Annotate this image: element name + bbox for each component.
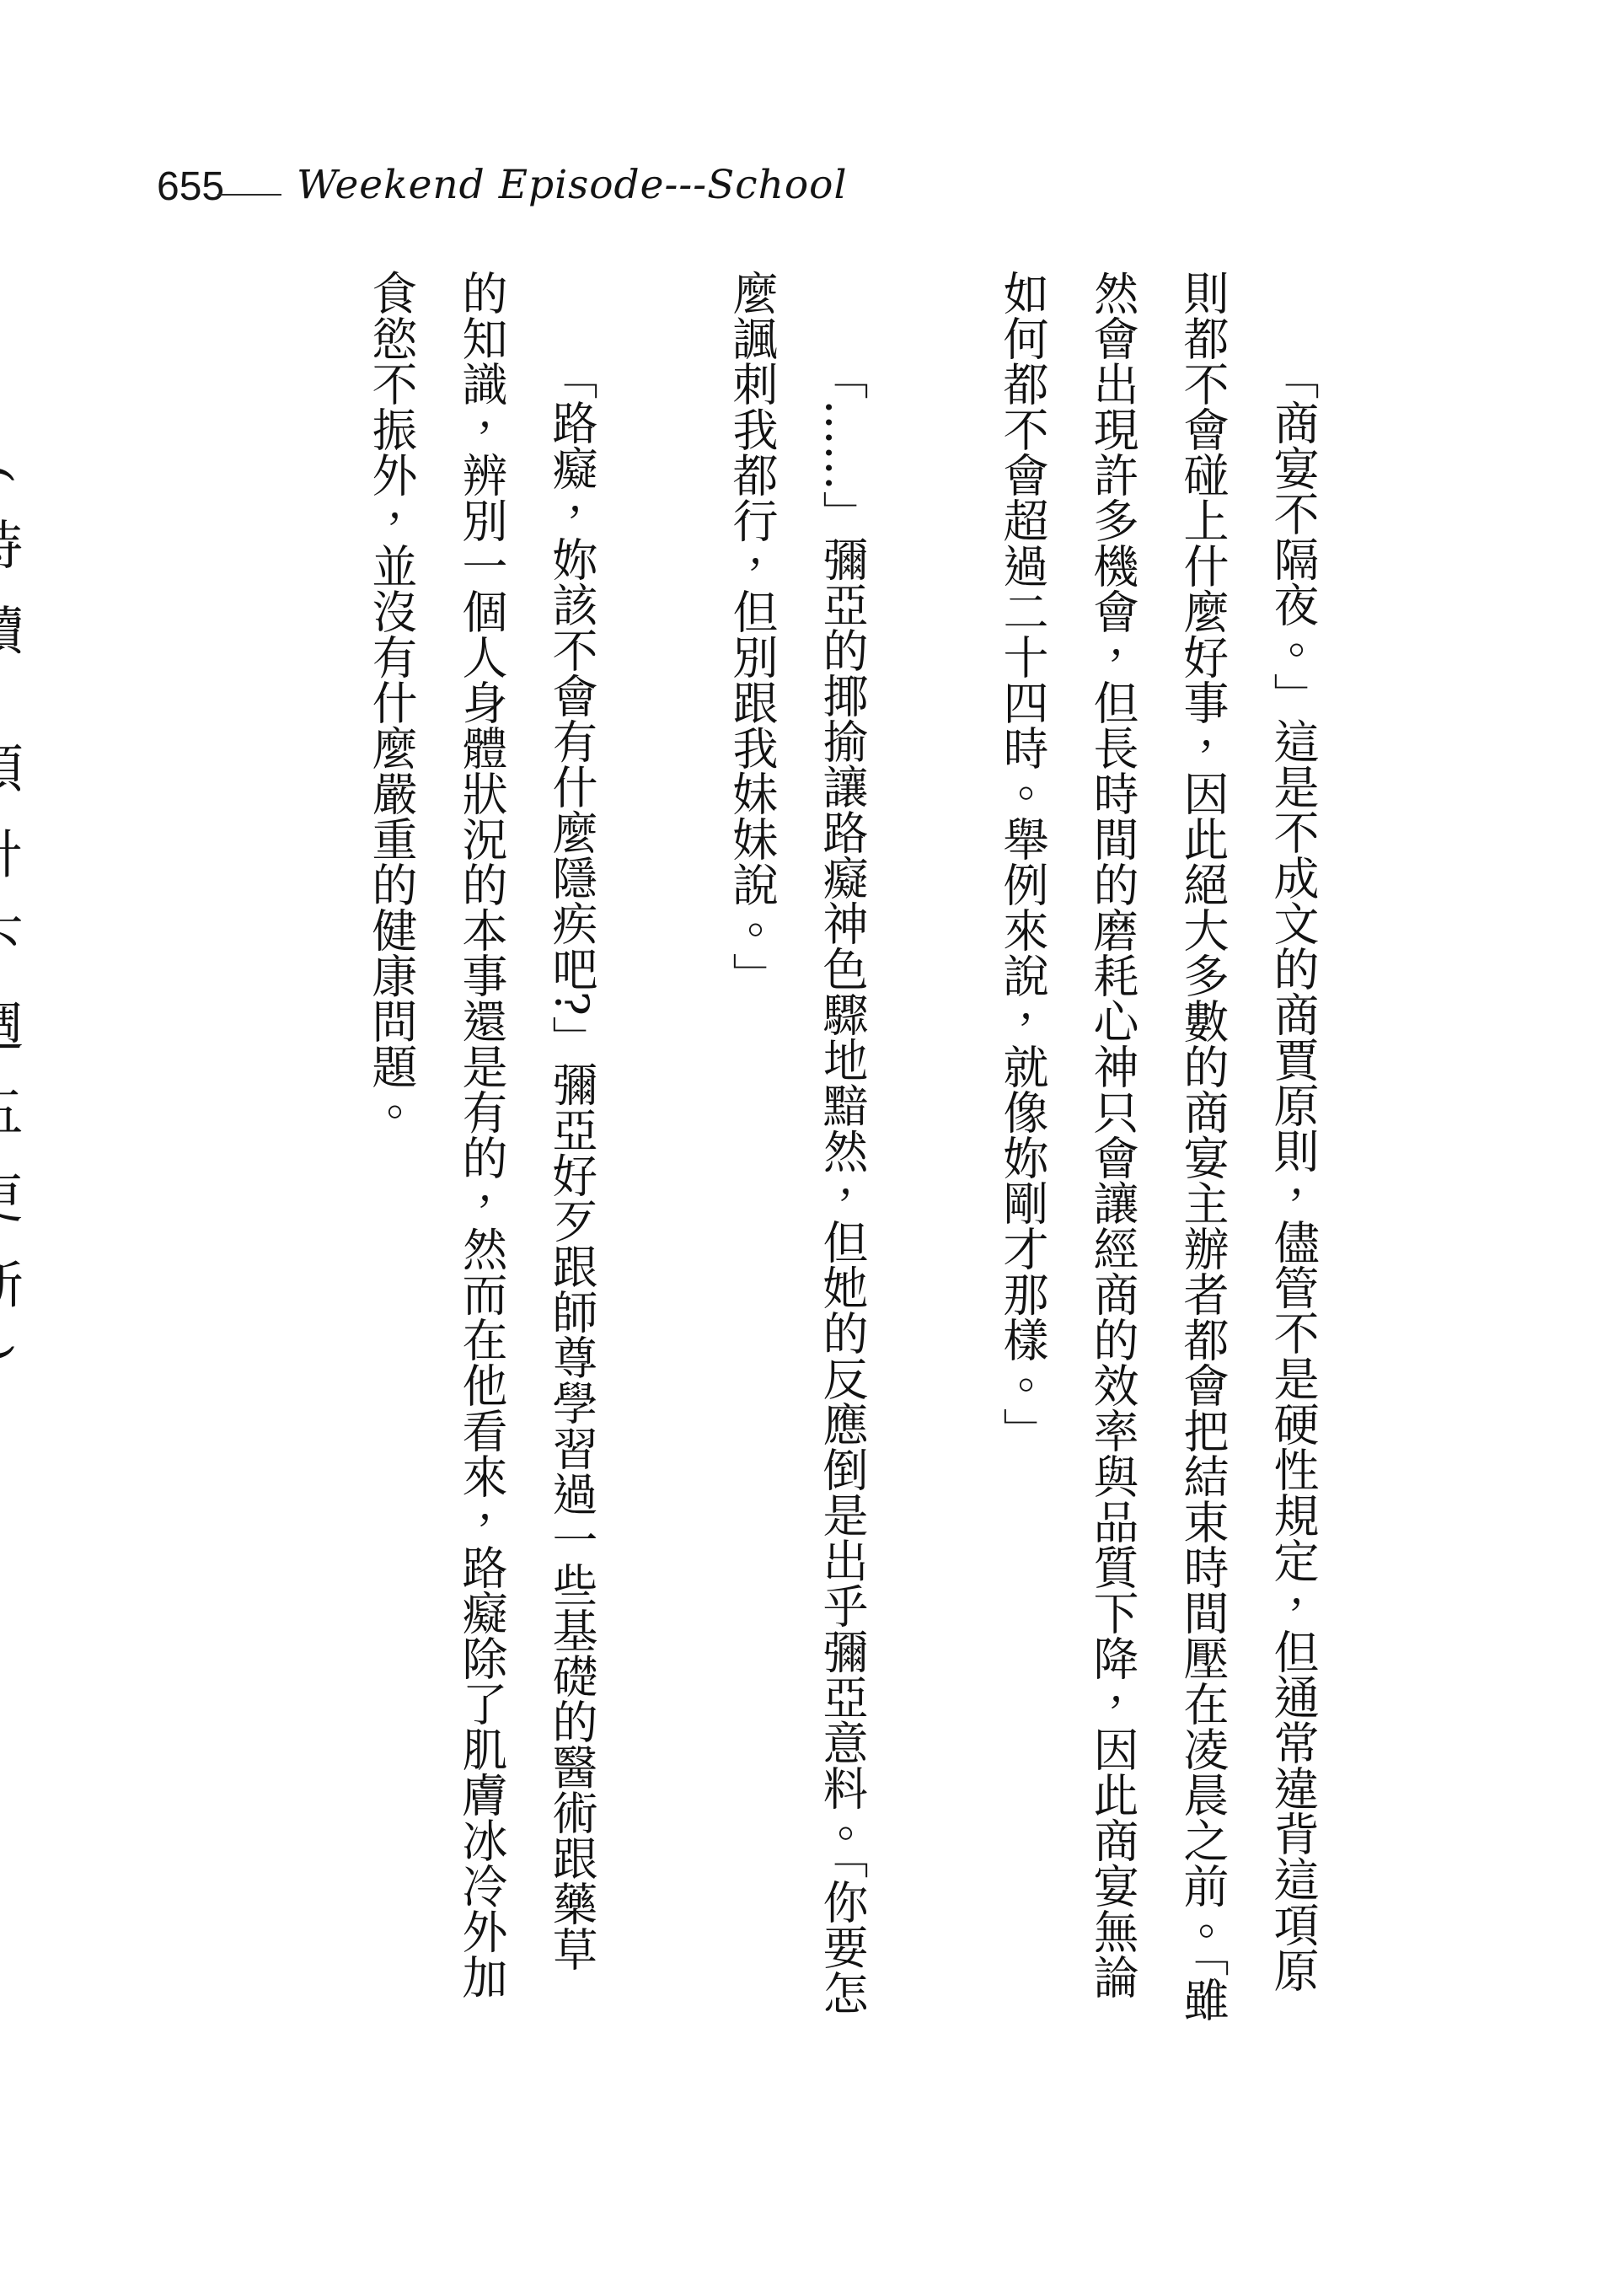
paragraph-2: 「……」彌亞的揶揄讓路癡神色驟地黯然，但她的反應倒是出乎彌亞意料。「你要怎 麼諷…	[707, 270, 887, 2057]
page-number: 655	[157, 167, 224, 207]
header-divider	[217, 194, 281, 196]
to-be-continued-note: (待續-預計下週五更新)	[0, 270, 38, 2057]
paragraph-3: 「路癡，妳該不會有什麼隱疾吧?」彌亞好歹跟師尊學習過一些基礎的醫術跟藥草 的知識…	[346, 270, 617, 2057]
header-title: Weekend Episode---School	[297, 162, 848, 209]
paragraph-1: 「商宴不隔夜。」這是不成文的商賈原則，儘管不是硬性規定，但通常違背這項原 則都不…	[978, 270, 1338, 2057]
body-text: 「商宴不隔夜。」這是不成文的商賈原則，儘管不是硬性規定，但通常違背這項原 則都不…	[0, 270, 1428, 2057]
book-page: 655 Weekend Episode---School 「商宴不隔夜。」這是不…	[0, 0, 1618, 2296]
